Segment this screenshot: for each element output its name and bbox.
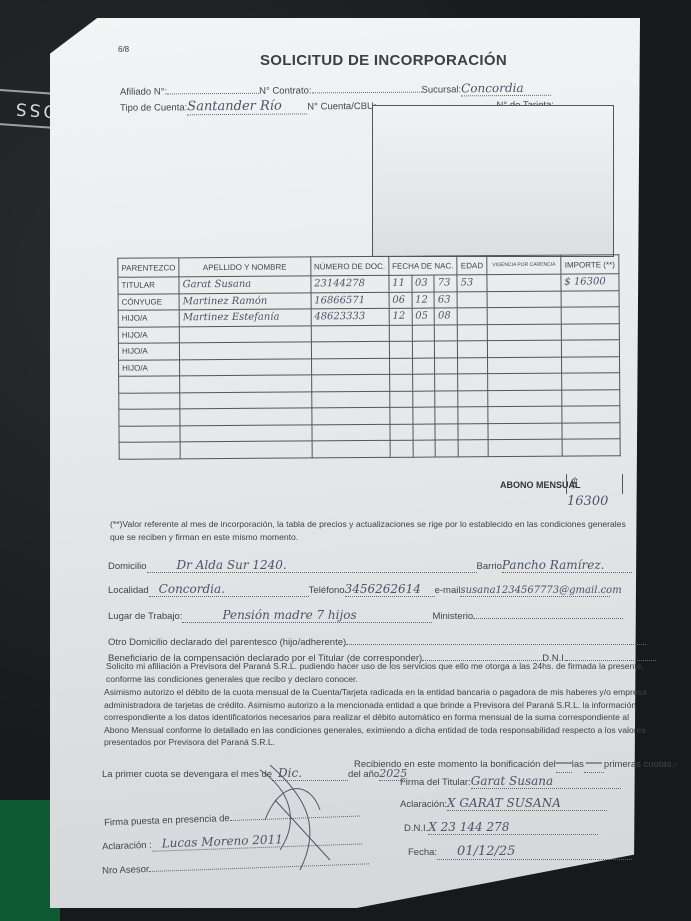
tipo-cuenta-field[interactable]: Santander Río: [187, 98, 307, 115]
cell-doc[interactable]: 48623333: [311, 308, 389, 325]
cell-parentezco: HIJO/A: [118, 343, 179, 360]
cell-edad[interactable]: [457, 291, 487, 308]
telefono-label: Teléfono: [309, 585, 345, 596]
cell-importe[interactable]: [561, 323, 619, 340]
cell-nac-a[interactable]: [435, 324, 458, 341]
cell-parentezco: [119, 376, 180, 393]
contrato-label: N° Contrato:: [259, 85, 311, 96]
cell-vigencia[interactable]: [488, 357, 562, 374]
col-vigencia: VIGENCIA POR CARENCIA: [487, 255, 561, 275]
cell-nac-m[interactable]: [412, 391, 435, 408]
cell-doc[interactable]: [311, 341, 389, 358]
cell-doc[interactable]: [311, 358, 389, 375]
cell-nac-d[interactable]: 12: [389, 308, 412, 325]
cell-parentezco: [119, 392, 180, 409]
cell-nac-a[interactable]: [435, 440, 458, 457]
aclaracion-titular-row: Aclaración:X GARAT SUSANA: [400, 794, 607, 812]
cell-parentezco: [119, 442, 180, 459]
cell-vigencia[interactable]: [487, 307, 561, 324]
cell-importe[interactable]: [562, 389, 620, 406]
afiliado-label: Afiliado N°:: [120, 86, 167, 97]
cell-nac-d[interactable]: [389, 341, 412, 358]
cell-vigencia[interactable]: [488, 406, 562, 423]
ministerio-label: Ministerio: [432, 611, 473, 622]
col-edad: EDAD: [457, 256, 487, 275]
aclaracion-titular-label: Aclaración:: [400, 799, 447, 810]
trabajo-row: Lugar de Trabajo:Pensión madre 7 hijosMi…: [108, 606, 628, 624]
cell-nac-m[interactable]: [412, 325, 435, 342]
cell-nac-m[interactable]: 05: [412, 308, 435, 325]
cell-doc[interactable]: [311, 391, 389, 408]
sucursal-label: Sucursal:: [421, 84, 461, 95]
localidad-label: Localidad: [108, 585, 149, 596]
asesor-label: Nro Asesor: [102, 864, 149, 877]
cell-vigencia[interactable]: [487, 274, 561, 291]
cell-edad[interactable]: [458, 423, 488, 440]
cell-parentezco: TITULAR: [118, 277, 179, 294]
cell-importe[interactable]: [561, 356, 619, 373]
cell-importe[interactable]: $ 16300: [561, 274, 619, 291]
afiliado-field[interactable]: [167, 93, 259, 95]
domicilio-field[interactable]: Dr Alda Sur 1240.: [147, 558, 477, 573]
barrio-label: Barrio: [477, 561, 502, 572]
cell-edad[interactable]: [457, 341, 487, 358]
cell-nombre[interactable]: [180, 441, 312, 458]
cell-nac-m[interactable]: [413, 440, 436, 457]
col-parentezco: PARENTEZCO: [118, 258, 179, 277]
cell-parentezco: CÓNYUGE: [118, 293, 179, 310]
contrato-field[interactable]: [312, 92, 422, 94]
cell-nac-a[interactable]: [435, 423, 458, 440]
cell-edad[interactable]: [458, 390, 488, 407]
cell-nac-d[interactable]: [390, 440, 413, 457]
fecha-field[interactable]: 01/12/25: [437, 844, 632, 860]
email-field[interactable]: susana1234567773@gmail.com: [460, 585, 610, 597]
cell-nac-d[interactable]: [390, 424, 413, 441]
cell-parentezco: HIJO/A: [118, 310, 179, 327]
cell-edad[interactable]: 53: [457, 275, 487, 292]
cell-nac-a[interactable]: 73: [434, 275, 457, 292]
cell-nac-d[interactable]: [389, 358, 412, 375]
cell-nac-a[interactable]: [435, 341, 458, 358]
cell-vigencia[interactable]: [488, 390, 562, 407]
fecha-label: Fecha:: [408, 847, 437, 858]
localidad-row: LocalidadConcordia.Teléfono3456262614e-m…: [108, 580, 688, 598]
cell-nac-a[interactable]: 63: [434, 291, 457, 308]
cell-importe[interactable]: [561, 290, 619, 307]
cell-nombre[interactable]: [179, 342, 311, 359]
firma-titular-label: Firma del Titular:: [400, 777, 471, 788]
cell-vigencia[interactable]: [488, 340, 562, 357]
fecha-row: Fecha:01/12/25: [408, 842, 632, 860]
cell-doc[interactable]: [312, 424, 390, 441]
cell-nac-a[interactable]: [435, 390, 458, 407]
cell-nac-m[interactable]: [412, 341, 435, 358]
tipo-cuenta-label: Tipo de Cuenta:: [120, 102, 187, 113]
legal-paragraph-2: Asimismo autorizo el débito de la cuota …: [104, 686, 649, 749]
cell-nac-d[interactable]: [389, 374, 412, 391]
cell-edad[interactable]: [458, 374, 488, 391]
col-doc: NÚMERO DE DOC.: [310, 256, 388, 276]
footnote: (**)Valor referente al mes de incorporac…: [110, 518, 630, 543]
cell-edad[interactable]: [457, 308, 487, 325]
cell-vigencia[interactable]: [487, 324, 561, 341]
email-label: e-mail: [435, 585, 461, 596]
cell-nac-a[interactable]: [435, 357, 458, 374]
aclaracion-label: Aclaración :: [102, 840, 152, 853]
form-title: SOLICITUD DE INCORPORACIÓN: [260, 52, 507, 69]
cell-nombre[interactable]: [180, 375, 312, 392]
col-fecha: FECHA DE NAC.: [389, 256, 457, 275]
abono-value: $ 16300: [567, 476, 608, 509]
photo-box: [372, 105, 614, 257]
cell-nac-m[interactable]: [412, 424, 435, 441]
cell-doc[interactable]: [311, 407, 389, 424]
cell-doc[interactable]: [311, 374, 389, 391]
application-form: 6/8 SOLICITUD DE INCORPORACIÓN Afiliado …: [0, 0, 691, 921]
barrio-field[interactable]: Pancho Ramírez.: [502, 558, 632, 573]
cell-doc[interactable]: 16866571: [311, 292, 389, 309]
ministerio-field[interactable]: [473, 618, 623, 619]
dni-titular-field[interactable]: X 23 144 278: [428, 820, 598, 835]
cell-nombre[interactable]: [179, 325, 311, 342]
firma-titular-field[interactable]: Garat Susana: [471, 774, 621, 789]
lugar-trabajo-field[interactable]: Pensión madre 7 hijos: [182, 608, 432, 623]
cell-parentezco: HIJO/A: [118, 326, 179, 343]
cell-importe[interactable]: [561, 340, 619, 357]
cell-vigencia[interactable]: [488, 373, 562, 390]
otro-domicilio-label: Otro Domicilio declarado del parentesco …: [108, 637, 346, 648]
otro-domicilio-field[interactable]: [346, 644, 646, 645]
col-importe: IMPORTE (**): [561, 255, 619, 274]
presencia-label: Firma puesta en presencia de: [104, 813, 230, 828]
cell-doc[interactable]: 23144278: [311, 275, 389, 292]
cell-nombre[interactable]: [180, 408, 312, 425]
cell-parentezco: HIJO/A: [119, 359, 180, 376]
cell-importe[interactable]: [562, 406, 620, 423]
cell-nac-a[interactable]: [435, 407, 458, 424]
cell-nombre[interactable]: [180, 424, 312, 441]
cell-nac-a[interactable]: [435, 374, 458, 391]
dni-titular-row: D.N.I.X 23 144 278: [404, 818, 598, 836]
cell-nombre[interactable]: Garat Susana: [179, 276, 311, 293]
domicilio-label: Domicilio: [108, 561, 147, 572]
cell-vigencia[interactable]: [487, 291, 561, 308]
cell-edad[interactable]: [458, 357, 488, 374]
cell-nac-m[interactable]: 03: [411, 275, 434, 292]
cell-nombre[interactable]: Martinez Ramón: [179, 292, 311, 309]
cell-edad[interactable]: [458, 407, 488, 424]
page-number: 6/8: [118, 45, 129, 54]
cell-nac-m[interactable]: [412, 374, 435, 391]
cell-doc[interactable]: [311, 325, 389, 342]
cuenta-cbu-label: N° Cuenta/CBU:: [307, 101, 376, 112]
cell-doc[interactable]: [312, 440, 390, 457]
cell-importe[interactable]: [562, 439, 620, 456]
telefono-field[interactable]: 3456262614: [345, 582, 435, 597]
dni-titular-label: D.N.I.: [404, 823, 428, 834]
cell-importe[interactable]: [562, 422, 620, 439]
lugar-trabajo-label: Lugar de Trabajo:: [108, 611, 182, 622]
table-row: [119, 439, 620, 459]
cell-nombre[interactable]: [180, 358, 312, 375]
legal-paragraph-1: Solicito mi afiliación a Previsora del P…: [106, 660, 646, 685]
cell-nombre[interactable]: Martinez Estefanía: [179, 309, 311, 326]
cell-nac-d[interactable]: [390, 407, 413, 424]
cell-importe[interactable]: [561, 307, 619, 324]
cell-nac-a[interactable]: 08: [434, 308, 457, 325]
localidad-field[interactable]: Concordia.: [149, 582, 309, 597]
abono-field[interactable]: $ 16300: [566, 474, 623, 494]
cell-nac-d[interactable]: [389, 391, 412, 408]
cell-parentezco: [119, 409, 180, 426]
cell-edad[interactable]: [457, 324, 487, 341]
cell-nac-m[interactable]: 12: [412, 292, 435, 309]
witness-signature-scribble: [240, 760, 360, 900]
cell-nac-d[interactable]: 11: [389, 275, 412, 292]
cell-vigencia[interactable]: [488, 423, 562, 440]
cell-edad[interactable]: [458, 440, 488, 457]
members-table: PARENTEZCO APELLIDO Y NOMBRE NÚMERO DE D…: [117, 254, 620, 459]
cell-nac-m[interactable]: [412, 358, 435, 375]
firma-titular-row: Firma del Titular:Garat Susana: [400, 772, 621, 790]
cell-vigencia[interactable]: [488, 439, 562, 456]
aclaracion-titular-field[interactable]: X GARAT SUSANA: [447, 796, 607, 811]
col-nombre: APELLIDO Y NOMBRE: [179, 257, 311, 277]
cell-nac-d[interactable]: [389, 325, 412, 342]
cell-parentezco: [119, 425, 180, 442]
cell-nombre[interactable]: [180, 391, 312, 408]
cell-nac-d[interactable]: 06: [389, 292, 412, 309]
cell-nac-m[interactable]: [412, 407, 435, 424]
cell-importe[interactable]: [562, 373, 620, 390]
domicilio-row: DomicilioDr Alda Sur 1240.BarrioPancho R…: [108, 556, 628, 574]
